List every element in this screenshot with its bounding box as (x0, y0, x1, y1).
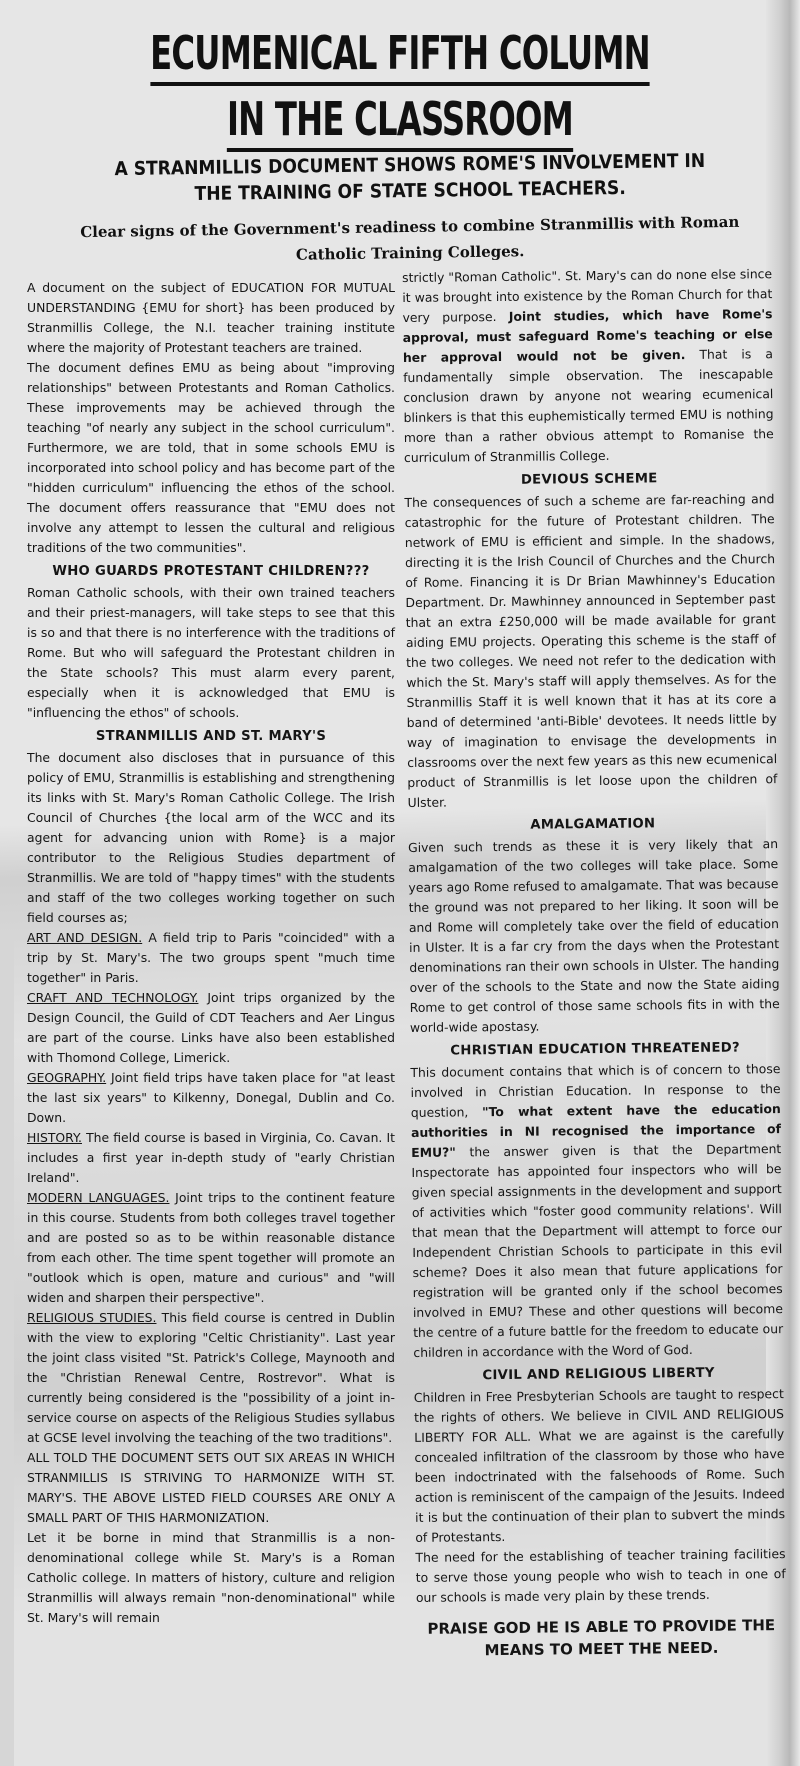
text-run: the answer given is that the Department … (411, 1141, 783, 1360)
headline-line-2: IN THE CLASSROOM (88, 92, 712, 146)
field-course-item: RELIGIOUS STUDIES. This field course is … (27, 1308, 395, 1448)
field-course-label: HISTORY. (27, 1130, 82, 1145)
field-course-label: CRAFT AND TECHNOLOGY. (27, 990, 198, 1005)
deck: Clear signs of the Government's readines… (60, 209, 761, 272)
field-course-item: HISTORY. The field course is based in Vi… (27, 1128, 395, 1188)
paragraph: The consequences of such a scheme are fa… (404, 489, 777, 813)
adjacent-page-fragment (0, 940, 14, 1766)
headline-text-1: ECUMENICAL FIFTH COLUMN (150, 26, 650, 86)
paragraph: Given such trends as these it is very li… (408, 834, 780, 1038)
closing-statement: PRAISE GOD HE IS ABLE TO PROVIDE THE MEA… (416, 1614, 786, 1662)
subheadline: A STRANMILLIS DOCUMENT SHOWS ROME'S INVO… (95, 148, 726, 209)
field-course-text: This field course is centred in Dublin w… (27, 1310, 395, 1445)
section-heading: STRANMILLIS AND ST. MARY'S (27, 727, 395, 747)
field-course-text: Joint trips to the continent feature in … (27, 1190, 395, 1305)
article-column-left: A document on the subject of EDUCATION F… (27, 278, 395, 1628)
section-heading: WHO GUARDS PROTESTANT CHILDREN??? (27, 562, 395, 582)
field-course-label: MODERN LANGUAGES. (27, 1190, 169, 1205)
paragraph: The document also discloses that in purs… (27, 748, 395, 928)
paragraph: Let it be borne in mind that Stranmillis… (27, 1528, 395, 1628)
paragraph: Roman Catholic schools, with their own t… (27, 583, 395, 723)
paragraph: strictly "Roman Catholic". St. Mary's ca… (402, 264, 774, 468)
field-course-item: MODERN LANGUAGES. Joint trips to the con… (27, 1188, 395, 1308)
section-heading: AMALGAMATION (408, 813, 778, 837)
section-heading: DEVIOUS SCHEME (404, 468, 774, 492)
field-course-label: GEOGRAPHY. (27, 1070, 106, 1085)
article-column-right: strictly "Roman Catholic". St. Mary's ca… (402, 264, 787, 1662)
paragraph: Children in Free Presbyterian Schools ar… (414, 1384, 786, 1548)
field-course-label: RELIGIOUS STUDIES. (27, 1310, 156, 1325)
headline-text-2: IN THE CLASSROOM (227, 92, 573, 152)
field-course-item: CRAFT AND TECHNOLOGY. Joint trips organi… (27, 988, 395, 1068)
paragraph: This document contains that which is of … (410, 1059, 783, 1363)
newspaper-page: ECUMENICAL FIFTH COLUMN IN THE CLASSROOM… (0, 0, 800, 1766)
headline-line-1: ECUMENICAL FIFTH COLUMN (88, 26, 712, 80)
paragraph: The document defines EMU as being about … (27, 358, 395, 558)
section-heading: CHRISTIAN EDUCATION THREATENED? (410, 1038, 780, 1062)
paragraph: The need for the establishing of teacher… (415, 1544, 786, 1608)
section-heading: CIVIL AND RELIGIOUS LIBERTY (414, 1363, 784, 1387)
field-course-text: The field course is based in Virginia, C… (27, 1130, 395, 1185)
field-course-item: ART AND DESIGN. A field trip to Paris "c… (27, 928, 395, 988)
field-course-label: ART AND DESIGN. (27, 930, 142, 945)
caps-paragraph: ALL TOLD THE DOCUMENT SETS OUT SIX AREAS… (27, 1448, 395, 1528)
field-course-item: GEOGRAPHY. Joint field trips have taken … (27, 1068, 395, 1128)
paragraph: A document on the subject of EDUCATION F… (27, 278, 395, 358)
